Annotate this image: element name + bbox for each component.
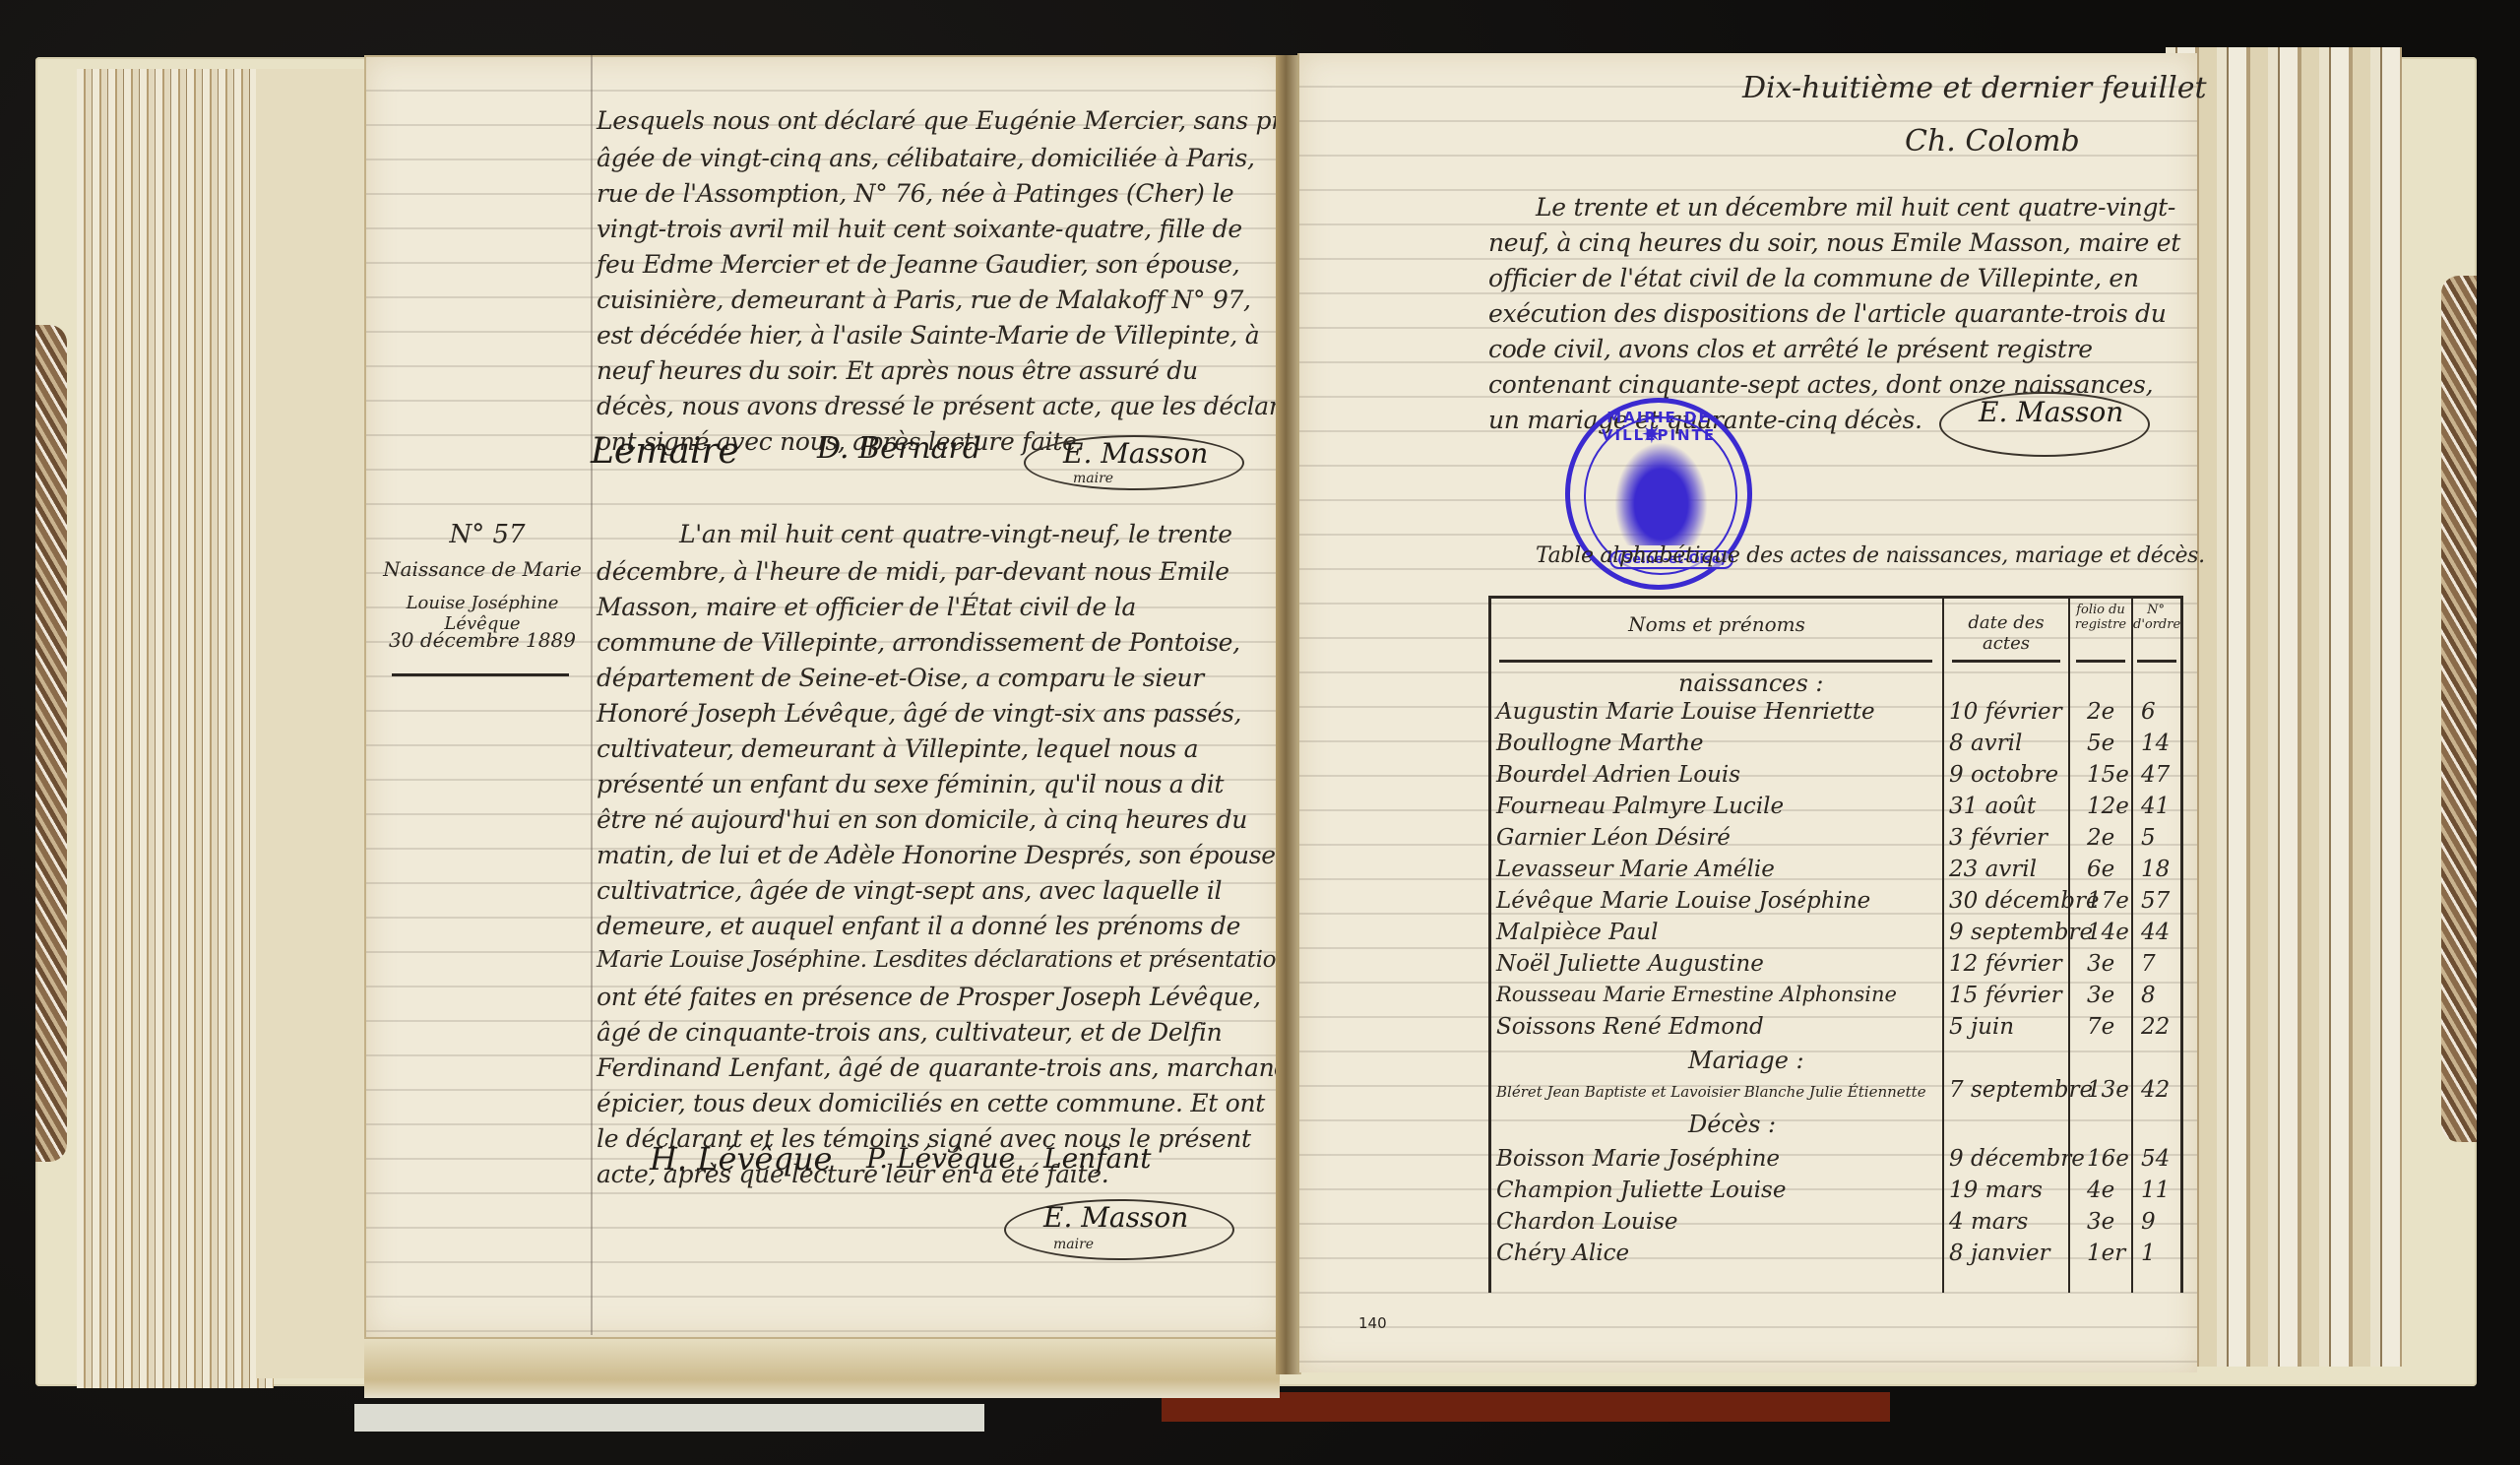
- cell-folio: 7e: [2087, 1014, 2114, 1040]
- cell-name: Augustin Marie Louise Henriette: [1496, 699, 1875, 725]
- cell-folio: 6e: [2087, 857, 2114, 882]
- cell-name: Soissons René Edmond: [1496, 1014, 1764, 1040]
- cover-edge-strip: [354, 1404, 984, 1432]
- table-row: Fourneau Palmyre Lucile 31 août 12e 41: [1491, 794, 2180, 827]
- cell-folio: 13e: [2087, 1077, 2129, 1103]
- cell-number: 7: [2141, 951, 2156, 977]
- cell-folio: 3e: [2087, 951, 2114, 977]
- table-row: Garnier Léon Désiré 3 février 2e 5: [1491, 825, 2180, 859]
- signature-bernard: D. Bernard: [817, 431, 981, 466]
- cell-folio: 15e: [2087, 762, 2129, 788]
- cell-name: Fourneau Palmyre Lucile: [1496, 794, 1784, 819]
- cell-number: 22: [2141, 1014, 2170, 1040]
- cell-name: Champion Juliette Louise: [1496, 1178, 1786, 1203]
- text-line: Ferdinand Lenfant, âgé de quarante-trois…: [597, 1053, 1290, 1082]
- text-line: officier de l'état civil de la commune d…: [1488, 264, 2139, 292]
- table-row: Boullogne Marthe 8 avril 5e 14: [1491, 731, 2180, 764]
- cell-number: 5: [2141, 825, 2156, 851]
- table-row: Augustin Marie Louise Henriette 10 févri…: [1491, 699, 2180, 732]
- page-stack-right: [2166, 47, 2402, 1367]
- mayor-signature: E. Masson: [1043, 1201, 1188, 1234]
- signature-lemaire: Lemaire: [591, 431, 739, 472]
- text-line: décès, nous avons dressé le présent acte…: [597, 392, 1332, 420]
- mayor-title: maire: [1053, 1237, 1094, 1252]
- margin-title-line: Naissance de Marie: [379, 557, 586, 581]
- text-line: épicier, tous deux domiciliés en cette c…: [597, 1089, 1265, 1117]
- table-row: Bourdel Adrien Louis 9 octobre 15e 47: [1491, 762, 2180, 796]
- table-title: Table alphabétique des actes de naissanc…: [1536, 543, 2205, 568]
- header-underline: [2076, 660, 2125, 663]
- leaf-header: Dix-huitième et dernier feuillet: [1742, 71, 2207, 105]
- signature-h-leveque: H. Lévêque: [650, 1140, 832, 1178]
- marbled-endpaper-left: [35, 325, 67, 1162]
- margin-underline: [392, 673, 569, 676]
- table-row: Bléret Jean Baptiste et Lavoisier Blanch…: [1491, 1077, 2180, 1111]
- cell-number: 47: [2141, 762, 2170, 788]
- table-row: Rousseau Marie Ernestine Alphonsine 15 f…: [1491, 983, 2180, 1016]
- text-line: cultivatrice, âgée de vingt-sept ans, av…: [597, 876, 1222, 905]
- cell-folio: 14e: [2087, 920, 2129, 945]
- text-line: est décédée hier, à l'asile Sainte-Marie…: [597, 321, 1259, 350]
- signature-masson: E. Masson: [1063, 437, 1208, 470]
- text-line: L'an mil huit cent quatre-vingt-neuf, le…: [679, 520, 1232, 548]
- cell-date: 8 janvier: [1949, 1241, 2050, 1266]
- cell-number: 8: [2141, 983, 2156, 1008]
- cell-name: Noël Juliette Augustine: [1496, 951, 1764, 977]
- text-line: Honoré Joseph Lévêque, âgé de vingt-six …: [597, 699, 1241, 728]
- cell-date: 12 février: [1949, 951, 2062, 977]
- table-row: Champion Juliette Louise 19 mars 4e 11: [1491, 1178, 2180, 1211]
- margin-title-line: 30 décembre 1889: [379, 628, 586, 652]
- text-line: neuf, à cinq heures du soir, nous Emile …: [1488, 228, 2180, 257]
- closing-signature: E. Masson: [1979, 396, 2123, 428]
- cell-date: 31 août: [1949, 794, 2036, 819]
- act-number: N° 57: [384, 520, 591, 549]
- text-line: vingt-trois avril mil huit cent soixante…: [597, 215, 1242, 243]
- cell-name: Boisson Marie Joséphine: [1496, 1146, 1780, 1172]
- cell-number: 1: [2141, 1241, 2156, 1266]
- cell-date: 9 décembre: [1949, 1146, 2085, 1172]
- cell-folio: 1er: [2087, 1241, 2125, 1266]
- cell-name: Boullogne Marthe: [1496, 731, 1704, 756]
- cell-folio: 12e: [2087, 794, 2129, 819]
- cell-number: 54: [2141, 1146, 2170, 1172]
- cell-name: Chéry Alice: [1496, 1241, 1629, 1266]
- cell-date: 3 février: [1949, 825, 2047, 851]
- cell-name: Levasseur Marie Amélie: [1496, 857, 1775, 882]
- leaf-header-signature: Ch. Colomb: [1905, 124, 2080, 159]
- text-line: neuf heures du soir. Et après nous être …: [597, 356, 1198, 385]
- cell-date: 19 mars: [1949, 1178, 2043, 1203]
- column-header-date: date des actes: [1944, 612, 2068, 654]
- text-line: cultivateur, demeurant à Villepinte, leq…: [597, 734, 1198, 763]
- table-row: Malpièce Paul 9 septembre 14e 44: [1491, 920, 2180, 953]
- cell-folio: 2e: [2087, 699, 2114, 725]
- page-bottom-edge: [364, 1337, 1280, 1398]
- text-line: âgée de vingt-cinq ans, célibataire, dom…: [597, 144, 1255, 172]
- cell-date: 9 septembre: [1949, 920, 2093, 945]
- signature-p-leveque: P. Lévêque: [866, 1142, 1015, 1175]
- cell-date: 8 avril: [1949, 731, 2022, 756]
- cell-number: 9: [2141, 1209, 2156, 1235]
- table-row: Levasseur Marie Amélie 23 avril 6e 18: [1491, 857, 2180, 890]
- cell-date: 5 juin: [1949, 1014, 2014, 1040]
- text-line: Le trente et un décembre mil huit cent q…: [1536, 193, 2175, 222]
- header-underline: [1952, 660, 2060, 663]
- cell-date: 7 septembre: [1949, 1077, 2093, 1103]
- page-number: 140: [1358, 1314, 1387, 1332]
- cell-number: 6: [2141, 699, 2156, 725]
- text-line: code civil, avons clos et arrêté le prés…: [1488, 335, 2093, 363]
- table-row: Lévêque Marie Louise Joséphine 30 décemb…: [1491, 888, 2180, 922]
- text-line: rue de l'Assomption, N° 76, née à Pating…: [597, 179, 1233, 208]
- table-row: Chéry Alice 8 janvier 1er 1: [1491, 1241, 2180, 1274]
- header-underline: [1499, 660, 1932, 663]
- cell-number: 44: [2141, 920, 2170, 945]
- cell-name: Malpièce Paul: [1496, 920, 1658, 945]
- text-line: ont été faites en présence de Prosper Jo…: [597, 983, 1261, 1011]
- cell-folio: 16e: [2087, 1146, 2129, 1172]
- text-line: commune de Villepinte, arrondissement de…: [597, 628, 1240, 657]
- cell-date: 9 octobre: [1949, 762, 2058, 788]
- cell-number: 11: [2141, 1178, 2170, 1203]
- page-stack-left: [77, 69, 274, 1388]
- text-line: demeure, et auquel enfant il a donné les…: [597, 912, 1240, 940]
- text-line: matin, de lui et de Adèle Honorine Despr…: [597, 841, 1283, 869]
- section-label-births: naissances :: [1678, 669, 1824, 697]
- marbled-endpaper-right: [2441, 276, 2477, 1142]
- cell-folio: 17e: [2087, 888, 2129, 914]
- cell-date: 15 février: [1949, 983, 2062, 1008]
- cell-folio: 4e: [2087, 1178, 2114, 1203]
- text-line: feu Edme Mercier et de Jeanne Gaudier, s…: [597, 250, 1239, 279]
- cell-name: Chardon Louise: [1496, 1209, 1678, 1235]
- marianne-figure-icon: [1614, 442, 1708, 545]
- text-line: âgé de cinquante-trois ans, cultivateur,…: [597, 1018, 1222, 1047]
- text-line: Masson, maire et officier de l'État civi…: [597, 593, 1136, 621]
- text-line: Marie Louise Joséphine. Lesdites déclara…: [597, 947, 1291, 973]
- cell-number: 42: [2141, 1077, 2170, 1103]
- text-line: être né aujourd'hui en son domicile, à c…: [597, 805, 1247, 834]
- cell-number: 18: [2141, 857, 2170, 882]
- cell-folio: 3e: [2087, 1209, 2114, 1235]
- index-table: Noms et prénoms date des actes folio du …: [1488, 596, 2183, 1293]
- section-label-deaths: Décès :: [1688, 1111, 1776, 1138]
- column-header-names: Noms et prénoms: [1491, 612, 1942, 636]
- cell-name: Bléret Jean Baptiste et Lavoisier Blanch…: [1496, 1083, 1926, 1101]
- signature-title: maire: [1073, 471, 1113, 486]
- cell-date: 4 mars: [1949, 1209, 2028, 1235]
- column-header-number: N° d'ordre: [2133, 603, 2178, 632]
- table-row: Noël Juliette Augustine 12 février 3e 7: [1491, 951, 2180, 985]
- table-row: Chardon Louise 4 mars 3e 9: [1491, 1209, 2180, 1242]
- cell-date: 23 avril: [1949, 857, 2037, 882]
- cell-date: 30 décembre: [1949, 888, 2100, 914]
- cell-name: Garnier Léon Désiré: [1496, 825, 1731, 851]
- text-line: décembre, à l'heure de midi, par-devant …: [597, 557, 1229, 586]
- header-underline: [2137, 660, 2176, 663]
- text-line: Lesquels nous ont déclaré que Eugénie Me…: [597, 106, 1390, 135]
- cell-date: 10 février: [1949, 699, 2062, 725]
- table-row: Boisson Marie Joséphine 9 décembre 16e 5…: [1491, 1146, 2180, 1179]
- cell-number: 14: [2141, 731, 2170, 756]
- column-header-folio: folio du registre: [2070, 603, 2131, 632]
- text-line: exécution des dispositions de l'article …: [1488, 299, 2167, 328]
- section-label-marriage: Mariage :: [1688, 1047, 1804, 1074]
- text-line: présenté un enfant du sexe féminin, qu'i…: [597, 770, 1224, 798]
- text-line: département de Seine-et-Oise, a comparu …: [597, 664, 1204, 692]
- signature-lenfant: Lenfant: [1043, 1142, 1152, 1175]
- text-line: cuisinière, demeurant à Paris, rue de Ma…: [597, 286, 1251, 314]
- cell-number: 41: [2141, 794, 2170, 819]
- cell-name: Bourdel Adrien Louis: [1496, 762, 1740, 788]
- table-row: Soissons René Edmond 5 juin 7e 22: [1491, 1014, 2180, 1048]
- cell-folio: 2e: [2087, 825, 2114, 851]
- cell-name: Rousseau Marie Ernestine Alphonsine: [1496, 983, 1897, 1006]
- cell-number: 57: [2141, 888, 2170, 914]
- cell-folio: 5e: [2087, 731, 2114, 756]
- cell-name: Lévêque Marie Louise Joséphine: [1496, 888, 1870, 914]
- cell-folio: 3e: [2087, 983, 2114, 1008]
- margin-rule: [591, 55, 593, 1335]
